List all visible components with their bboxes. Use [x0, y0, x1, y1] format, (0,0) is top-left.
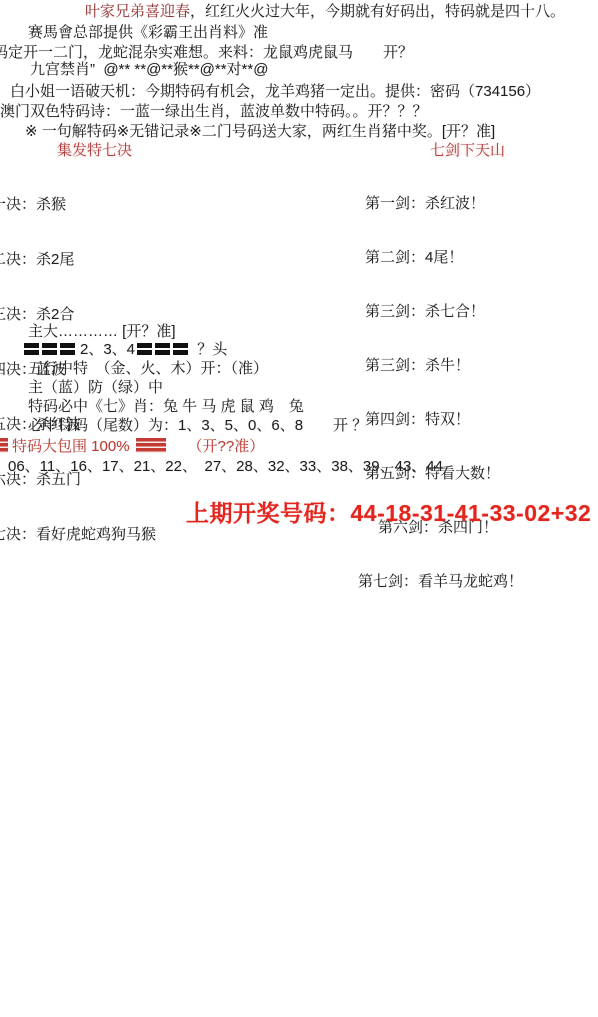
- list-item: 第三剑：杀牛！: [358, 356, 523, 376]
- red-stripe-icon: [136, 438, 166, 453]
- headline: 叶家兄弟喜迎春，红红火火过大年，今期就有好码出，特码就是四十八。: [85, 3, 565, 21]
- headline-black-part: ，红红火火过大年，今期就有好码出，特码就是四十八。: [190, 3, 565, 20]
- left-column-title: 集发特七决: [57, 142, 132, 160]
- tip-sheet-page: 叶家兄弟喜迎春，红红火火过大年，今期就有好码出，特码就是四十八。 赛馬會总部提供…: [0, 0, 598, 1017]
- list-item: 第二剑：4尾！: [358, 248, 523, 268]
- list-item: 三决：杀2合: [0, 304, 156, 325]
- baowei-suffix: （开??准）: [188, 438, 265, 455]
- last-draw-result: 上期开奖号码：44-18-31-41-33-02+32: [186, 504, 591, 522]
- right-column-list: 第一剑：杀红波！ 第二剑：4尾！ 第三剑：杀七合！ 第三剑：杀牛！ 第四剑：特双…: [358, 160, 523, 626]
- line-baowei: 特码大包围 100%（开??准）: [0, 438, 264, 456]
- line-saima: 赛馬會总部提供《彩霸王出肖料》准: [28, 24, 268, 42]
- black-bars-icon: [24, 341, 78, 359]
- bars-tail: ？头: [193, 341, 227, 358]
- list-item: 第四剑：特双！: [358, 410, 523, 430]
- line-bars-head: 2、3、4 ？头: [24, 341, 227, 359]
- list-item: 一决：杀猴: [0, 194, 156, 215]
- line-zhulan: 主（蓝）防（绿）中: [28, 379, 163, 397]
- bars-numbers: 2、3、4: [80, 341, 135, 358]
- baowei-label: 特码大包围 100%: [12, 438, 130, 455]
- line-baixiaojie: 白小姐一语破天机：今期特码有机会，龙羊鸡猪一定出。提供：密码（734156）: [10, 83, 540, 101]
- line-zhuda: 主大………… [开？准]: [28, 323, 176, 341]
- list-item: 二决：杀2尾: [0, 249, 156, 270]
- red-stripe-icon: [0, 438, 8, 453]
- list-item: 第三剑：杀七合！: [358, 302, 523, 322]
- line-yijujie: ※ 一句解特码※无错记录※二门号码送大家，两红生肖猪中奖。[开？准]: [25, 123, 495, 141]
- list-item: 第七剑：看羊马龙蛇鸡！: [358, 572, 523, 592]
- line-aomen: 澳门双色特码诗：一蓝一绿出生肖，蓝波单数中特码。。开？？？: [0, 103, 428, 121]
- baowei-numbers: 06、11、16、17、21、22、 27、28、32、33、38、39、43、…: [8, 458, 443, 476]
- list-item: 第一剑：杀红波！: [358, 194, 523, 214]
- right-column-title: 七剑下天山: [430, 142, 505, 160]
- line-wuxing: 五行中特 （金、火、木）开：（准）: [28, 360, 268, 378]
- black-bars-icon: [137, 341, 191, 359]
- list-item: 七决：看好虎蛇鸡狗马猴: [0, 524, 156, 545]
- headline-red-part: 叶家兄弟喜迎春: [85, 3, 190, 20]
- line-madingkai: 码定开一二门，龙蛇混杂实难想。来料：龙鼠鸡虎鼠马 开？: [0, 44, 413, 62]
- line-weishu: 必中特码（尾数）为：1、3、5、0、6、8 开 ？: [28, 417, 367, 435]
- line-qixiao: 特码必中《七》肖：兔 牛 马 虎 鼠 鸡 兔: [28, 398, 304, 416]
- line-jiugong: 九宫禁肖” @** **@**猴**@**对**@: [30, 61, 268, 79]
